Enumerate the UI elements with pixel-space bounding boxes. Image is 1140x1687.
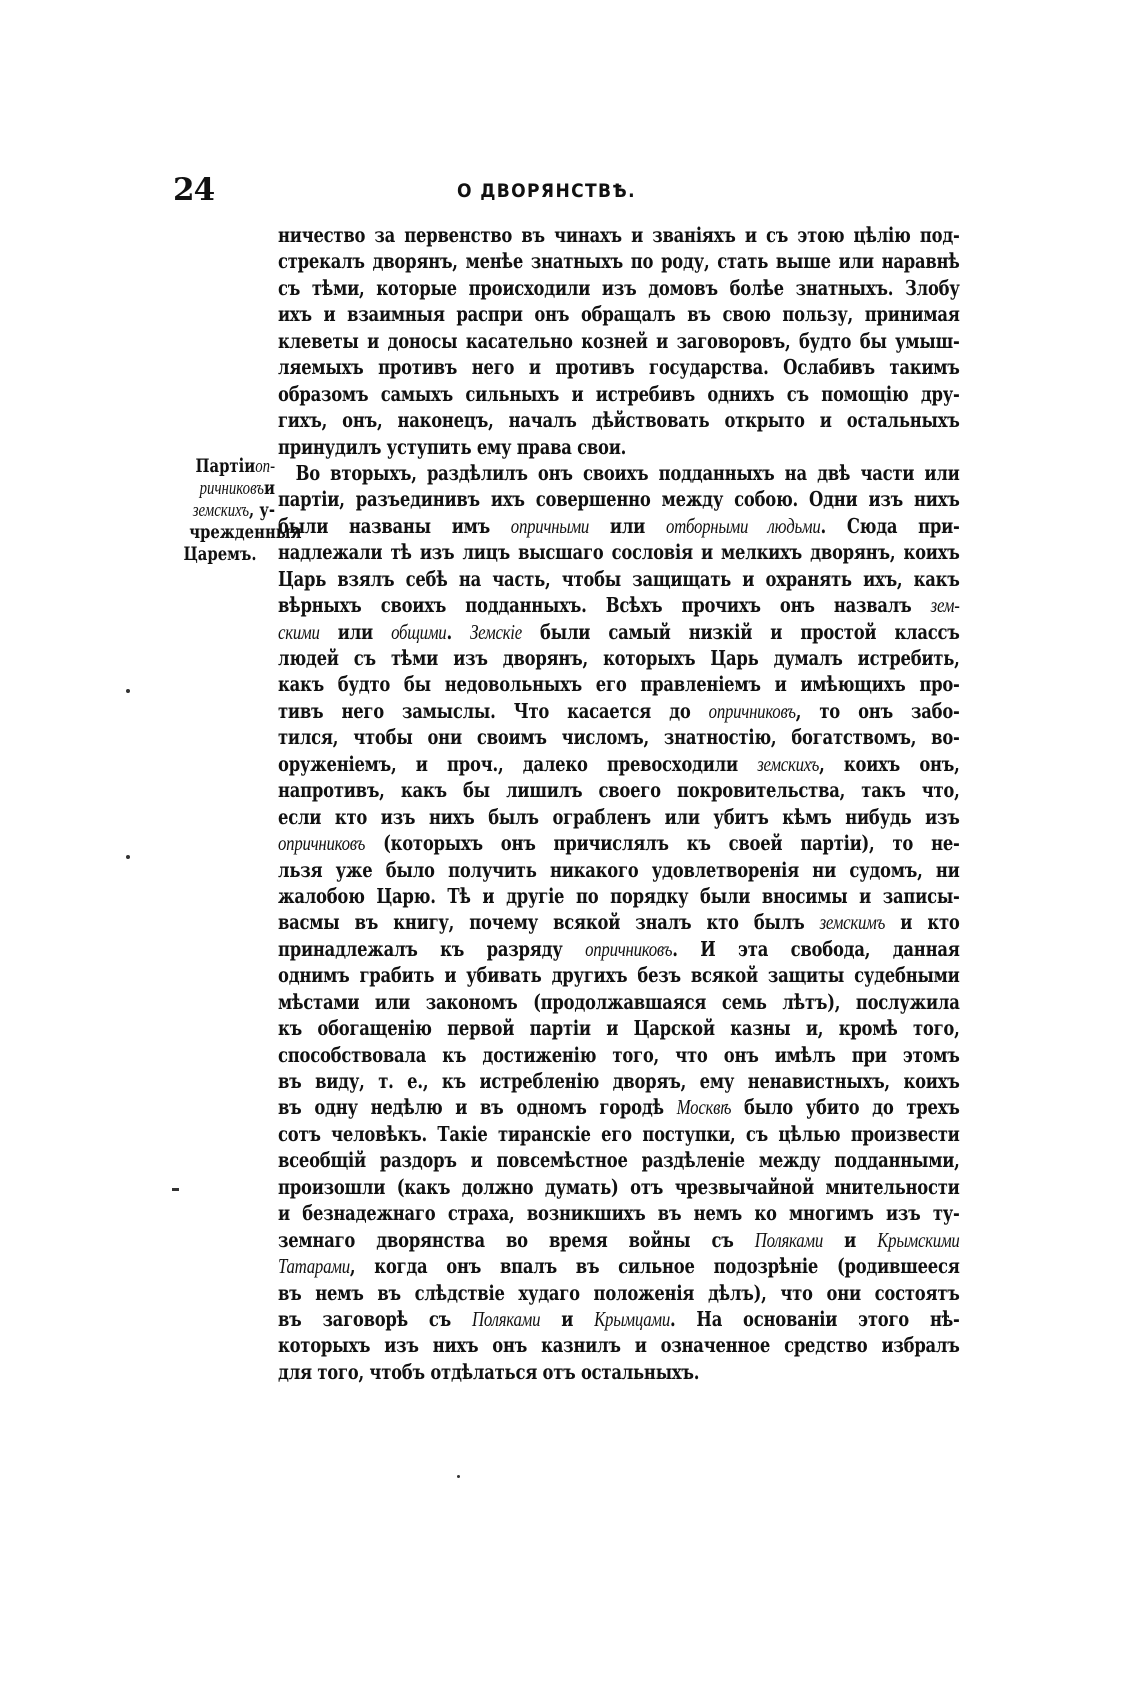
text-line: тивъ него замыслы. Что касается до оприч… xyxy=(278,698,960,724)
text-run: льзя уже было получить никакого удовлетв… xyxy=(278,858,960,882)
text-line: въ заговорѣ съ Поляками и Крымцами. На о… xyxy=(278,1306,960,1332)
text-run: тивъ него замыслы. Что касается до xyxy=(278,699,709,723)
text-line: напротивъ, какъ бы лишилъ своего покрови… xyxy=(278,777,960,803)
text-run: васмы въ книгу, почему всякой зналъ кто … xyxy=(278,910,820,934)
text-line: партіи, разъединивъ ихъ совершенно между… xyxy=(278,486,960,512)
text-line: гихъ, онъ, наконецъ, началъ дѣйствовать … xyxy=(278,407,960,433)
text-run: и xyxy=(540,1307,594,1331)
text-run: . xyxy=(446,620,470,644)
text-line: способствовала къ достиженію того, что о… xyxy=(278,1042,960,1068)
text-run: какъ будто бы недовольныхъ его правленіе… xyxy=(278,672,960,696)
italic-term: Земскіе xyxy=(470,620,522,644)
text-line: какъ будто бы недовольныхъ его правленіе… xyxy=(278,671,960,697)
text-run: , когда онъ впалъ въ сильное подозрѣніе … xyxy=(350,1254,960,1278)
text-line: были названы имъ опричными или отборными… xyxy=(278,513,960,539)
text-line: оруженіемъ, и проч., далеко превосходили… xyxy=(278,751,960,777)
italic-term: Татарами xyxy=(278,1254,350,1278)
text-run: произошли (какъ должно думать) отъ чрезв… xyxy=(278,1175,960,1199)
text-run: . Сюда при- xyxy=(821,514,960,538)
text-run: жалобою Царю. Тѣ и другіе по порядку был… xyxy=(278,884,960,908)
text-run: къ обогащенію первой партіи и Царской ка… xyxy=(278,1016,960,1040)
text-line: опричниковъ (которыхъ онъ причислялъ къ … xyxy=(278,830,960,856)
scan-speck xyxy=(126,689,130,693)
text-run: принадлежалъ къ разряду xyxy=(278,937,585,961)
text-line: льзя уже было получить никакого удовлетв… xyxy=(278,857,960,883)
text-line: принадлежалъ къ разряду опричниковъ. И э… xyxy=(278,936,960,962)
text-run: . И эта свобода, данная xyxy=(672,937,959,961)
text-run: ляемыхъ противъ него и противъ государст… xyxy=(278,355,960,379)
text-run: клеветы и доносы касательно козней и заг… xyxy=(278,329,960,353)
text-run: стрекалъ дворянъ, менѣе знатныхъ по роду… xyxy=(278,249,960,273)
italic-term: Москвѣ xyxy=(677,1095,732,1119)
text-line: мѣстами или закономъ (продолжавшаяся сем… xyxy=(278,989,960,1015)
scan-speck xyxy=(172,1188,179,1191)
text-line: произошли (какъ должно думать) отъ чрезв… xyxy=(278,1174,960,1200)
text-line: однимъ грабить и убивать другихъ безъ вс… xyxy=(278,962,960,988)
text-run: людей съ тѣми изъ дворянъ, которыхъ Царь… xyxy=(278,646,960,670)
text-run: которыхъ изъ нихъ онъ казнилъ и означенн… xyxy=(278,1333,960,1357)
text-run: образомъ самыхъ сильныхъ и истребивъ одн… xyxy=(278,382,960,406)
text-run: гихъ, онъ, наконецъ, началъ дѣйствовать … xyxy=(278,408,960,432)
page-number: 24 xyxy=(173,172,214,208)
scan-speck xyxy=(126,855,130,859)
text-run: тился, чтобы они своимъ числомъ, знатнос… xyxy=(278,725,960,749)
italic-term: Крымскими xyxy=(877,1228,959,1252)
italic-term: скими xyxy=(278,620,320,644)
body-text: ничество за первенство въ чинахъ и звані… xyxy=(278,222,960,1385)
text-line: Во вторыхъ, раздѣлилъ онъ своихъ подданн… xyxy=(278,460,960,486)
text-run: ничество за первенство въ чинахъ и звані… xyxy=(278,223,960,247)
italic-term: земскимъ xyxy=(820,910,886,934)
text-line: къ обогащенію первой партіи и Царской ка… xyxy=(278,1015,960,1041)
text-line: Царь взялъ себѣ на часть, чтобы защищать… xyxy=(278,566,960,592)
text-line: земнаго дворянства во время войны съ Пол… xyxy=(278,1227,960,1253)
text-line: ничество за первенство въ чинахъ и звані… xyxy=(278,222,960,248)
italic-term: Поляками xyxy=(472,1307,540,1331)
text-line: которыхъ изъ нихъ онъ казнилъ и означенн… xyxy=(278,1332,960,1358)
text-run: сотъ человѣкъ. Такіе тиранскіе его посту… xyxy=(278,1122,960,1146)
text-run: и кто xyxy=(885,910,959,934)
text-line: если кто изъ нихъ былъ ограбленъ или уби… xyxy=(278,804,960,830)
text-line: образомъ самыхъ сильныхъ и истребивъ одн… xyxy=(278,381,960,407)
text-run: принудилъ уступить ему права свои. xyxy=(278,435,626,459)
text-line: для того, чтобъ отдѣлаться отъ остальных… xyxy=(278,1359,960,1385)
text-run: было убито до трехъ xyxy=(731,1095,959,1119)
text-line: тился, чтобы они своимъ числомъ, знатнос… xyxy=(278,724,960,750)
text-run: или xyxy=(589,514,666,538)
text-line: васмы въ книгу, почему всякой зналъ кто … xyxy=(278,909,960,935)
italic-term: опричниковъ xyxy=(585,937,672,961)
text-line: сотъ человѣкъ. Такіе тиранскіе его посту… xyxy=(278,1121,960,1147)
italic-term: опричниковъ xyxy=(278,831,365,855)
text-line: ихъ и взаимныя распри онъ обращалъ въ св… xyxy=(278,301,960,327)
text-run: мѣстами или закономъ (продолжавшаяся сем… xyxy=(278,990,960,1014)
scan-speck xyxy=(457,1475,460,1478)
margin-note: Партіиоп- ричниковъи земскихъ, у- чрежде… xyxy=(165,455,275,565)
text-run: для того, чтобъ отдѣлаться отъ остальных… xyxy=(278,1360,699,1384)
text-line: ляемыхъ противъ него и противъ государст… xyxy=(278,354,960,380)
text-run: партіи, разъединивъ ихъ совершенно между… xyxy=(278,487,960,511)
text-run: и xyxy=(823,1228,877,1252)
text-line: вѣрныхъ своихъ подданныхъ. Всѣхъ прочихъ… xyxy=(278,592,960,618)
text-run: ихъ и взаимныя распри онъ обращалъ въ св… xyxy=(278,302,960,326)
text-run: , коихъ онъ, xyxy=(819,752,960,776)
text-line: людей съ тѣми изъ дворянъ, которыхъ Царь… xyxy=(278,645,960,671)
italic-term: Поляками xyxy=(755,1228,823,1252)
text-line: принудилъ уступить ему права свои. xyxy=(278,434,960,460)
text-run: были названы имъ xyxy=(278,514,511,538)
text-line: въ одну недѣлю и въ одномъ городѣ Москвѣ… xyxy=(278,1094,960,1120)
margin-note-line: Партіиоп- xyxy=(189,455,275,477)
text-run: (которыхъ онъ причислялъ къ своей партіи… xyxy=(365,831,959,855)
text-run: вѣрныхъ своихъ подданныхъ. Всѣхъ прочихъ… xyxy=(278,593,931,617)
text-line: клеветы и доносы касательно козней и заг… xyxy=(278,328,960,354)
text-line: скими или общими. Земскіе были самый низ… xyxy=(278,619,960,645)
text-run: въ виду, т. е., къ истребленію дворяъ, е… xyxy=(278,1069,960,1093)
text-run: надлежали тѣ изъ лицъ высшаго сословія и… xyxy=(278,540,960,564)
margin-note-line: Царемъ. xyxy=(177,543,263,565)
text-run: въ одну недѣлю и въ одномъ городѣ xyxy=(278,1095,677,1119)
text-line: Татарами, когда онъ впалъ въ сильное под… xyxy=(278,1253,960,1279)
text-line: жалобою Царю. Тѣ и другіе по порядку был… xyxy=(278,883,960,909)
italic-term: опричниковъ xyxy=(709,699,796,723)
italic-term: земскихъ xyxy=(757,752,819,776)
text-line: стрекалъ дворянъ, менѣе знатныхъ по роду… xyxy=(278,248,960,274)
text-run: всеобщій раздоръ и повсемѣстное раздѣлен… xyxy=(278,1148,960,1172)
text-run: и безнадежнаго страха, возникшихъ въ нем… xyxy=(278,1201,960,1225)
text-run: способствовала къ достиженію того, что о… xyxy=(278,1043,960,1067)
text-line: и безнадежнаго страха, возникшихъ въ нем… xyxy=(278,1200,960,1226)
italic-term: опричными xyxy=(511,514,589,538)
text-line: въ немъ въ слѣдствіе худаго положенія дѣ… xyxy=(278,1280,960,1306)
italic-term: отборными людьми xyxy=(666,514,821,538)
italic-term: Крымцами xyxy=(594,1307,670,1331)
text-run: , то онъ забо- xyxy=(796,699,960,723)
text-run: или xyxy=(320,620,391,644)
text-run: . На основаніи этого нѣ- xyxy=(670,1307,960,1331)
text-run: Во вторыхъ, раздѣлилъ онъ своихъ подданн… xyxy=(296,461,960,485)
italic-term: зем- xyxy=(931,593,960,617)
text-run: въ заговорѣ съ xyxy=(278,1307,472,1331)
text-line: въ виду, т. е., къ истребленію дворяъ, е… xyxy=(278,1068,960,1094)
running-head: О ДВОРЯНСТВѢ. xyxy=(457,180,636,202)
text-line: надлежали тѣ изъ лицъ высшаго сословія и… xyxy=(278,539,960,565)
text-run: оруженіемъ, и проч., далеко превосходили xyxy=(278,752,757,776)
margin-note-line: чрежденныя xyxy=(189,521,275,543)
text-run: Царь взялъ себѣ на часть, чтобы защищать… xyxy=(278,567,960,591)
text-run: земнаго дворянства во время войны съ xyxy=(278,1228,755,1252)
italic-term: общими xyxy=(391,620,446,644)
text-run: если кто изъ нихъ былъ ограбленъ или уби… xyxy=(278,805,960,829)
text-run: въ немъ въ слѣдствіе худаго положенія дѣ… xyxy=(278,1281,960,1305)
text-run: напротивъ, какъ бы лишилъ своего покрови… xyxy=(278,778,960,802)
margin-note-line: земскихъ, у- xyxy=(189,499,275,521)
margin-note-line: ричниковъи xyxy=(189,477,275,499)
text-run: однимъ грабить и убивать другихъ безъ вс… xyxy=(278,963,960,987)
text-run: съ тѣми, которые происходили изъ домовъ … xyxy=(278,276,960,300)
text-run: были самый низкій и простой классъ xyxy=(522,620,960,644)
text-line: всеобщій раздоръ и повсемѣстное раздѣлен… xyxy=(278,1147,960,1173)
text-line: съ тѣми, которые происходили изъ домовъ … xyxy=(278,275,960,301)
